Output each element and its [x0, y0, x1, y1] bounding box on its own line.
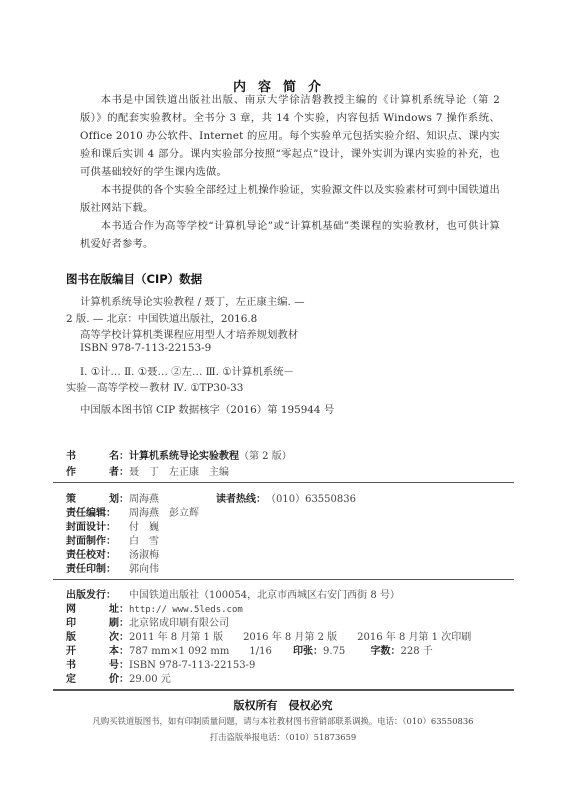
staff-cover-design-label: 封面设计： — [66, 518, 129, 533]
staff-print-supervisor-label: 责任印制： — [66, 560, 129, 575]
copyright-title: 版权所有 侵权必究 — [0, 697, 566, 713]
staff-planner-label: 策划： — [66, 490, 129, 505]
piracy-hotline: 打击盗版举报电话：（010）51873659 — [0, 731, 566, 743]
staff-planner-row: 策划： 周海燕 — [66, 490, 159, 505]
printer-label: 印刷： — [66, 614, 129, 629]
divider-2 — [53, 579, 514, 580]
cip-classification-1: Ⅰ. ①计… Ⅱ. ①聂… ②左… Ⅲ. ①计算机系统－ — [80, 363, 294, 378]
intro-paragraph-2: 本书提供的各个实验全部经过上机操作验证，实验源文件以及实验素材可到中国铁道出版社… — [80, 181, 500, 217]
cip-line-3: 高等学校计算机类课程应用型人才培养规划教材 — [80, 326, 298, 341]
cip-line-2: 2 版. — 北京：中国铁道出版社，2016.8 — [66, 310, 257, 325]
staff-cover-design-row: 封面设计：付 巍 — [66, 518, 159, 533]
price-value: 29.00 元 — [129, 674, 171, 685]
website-row: 网址： http:// www.5leds.com — [66, 600, 243, 615]
staff-print-supervisor-row: 责任印制：郭向伟 — [66, 560, 159, 575]
format-row: 开本： 787 mm×1 092 mm 1/16 印张：9.75 字数：228 … — [66, 642, 433, 657]
sheets-value: 9.75 — [323, 646, 345, 657]
staff-proofreader-label: 责任校对： — [66, 546, 129, 561]
cip-isbn: ISBN 978-7-113-22153-9 — [80, 342, 211, 354]
staff-proofreader-row: 责任校对：汤淑梅 — [66, 546, 159, 561]
word-count-label: 字数： — [370, 642, 400, 657]
divider-3 — [53, 689, 514, 691]
publisher-row: 出版发行：中国铁道出版社（100054，北京市西城区右安门西街 8 号） — [66, 586, 400, 601]
isbn-row: 书号： ISBN 978-7-113-22153-9 — [66, 656, 255, 671]
book-title-edition: （第 2 版） — [239, 451, 292, 462]
book-author-row: 作者： 聂 丁 左正康 主编 — [66, 463, 229, 478]
staff-cover-production-label: 封面制作： — [66, 532, 129, 547]
copyright-notice: 凡购买铁道版图书，如有印制质量问题，请与本社教材图书营销部联系调换。电话：（01… — [0, 715, 566, 727]
website-label: 网址： — [66, 600, 129, 615]
divider-1 — [53, 482, 514, 483]
book-author-value: 聂 丁 左正康 主编 — [129, 467, 229, 478]
printer-row: 印刷： 北京铭成印刷有限公司 — [66, 614, 229, 629]
isbn-label: 书号： — [66, 656, 129, 671]
cip-record: 中国版本图书馆 CIP 数据核字（2016）第 195944 号 — [80, 401, 334, 416]
intro-paragraph-1: 本书是中国铁道出版社出版、南京大学徐洁磐教授主编的《计算机系统导论（第 2 版）… — [80, 91, 500, 181]
cip-classification-2: 实验－高等学校－教材 Ⅳ. ①TP30-33 — [66, 379, 243, 394]
book-author-label: 作者： — [66, 463, 129, 478]
reader-hotline-value: （010）63550836 — [266, 494, 356, 505]
edition-label: 版次： — [66, 628, 129, 643]
publisher-label: 出版发行： — [66, 586, 129, 601]
reader-hotline-label: 读者热线： — [216, 490, 266, 505]
sheets-label: 印张： — [293, 642, 323, 657]
staff-print-supervisor-value: 郭向伟 — [129, 564, 159, 575]
staff-editor-label: 责任编辑： — [66, 504, 129, 519]
intro-paragraph-3: 本书适合作为高等学校“计算机导论”或“计算机基础”类课程的实验教材，也可供计算机… — [80, 217, 500, 253]
format-label: 开本： — [66, 642, 129, 657]
price-row: 定价： 29.00 元 — [66, 670, 171, 685]
edition-row: 版次： 2011 年 8 月第 1 版 2016 年 8 月第 2 版 2016… — [66, 628, 471, 643]
cip-line-1: 计算机系统导论实验教程 / 聂丁，左正康主编. — — [80, 293, 305, 308]
staff-editor-row: 责任编辑：周海燕 彭立辉 — [66, 504, 199, 519]
reader-hotline-row: 读者热线：（010）63550836 — [216, 490, 356, 505]
book-title-row: 书名： 计算机系统导论实验教程（第 2 版） — [66, 447, 292, 462]
cip-title: 图书在版编目（CIP）数据 — [66, 271, 202, 287]
price-label: 定价： — [66, 670, 129, 685]
staff-cover-production-row: 封面制作：白 雪 — [66, 532, 159, 547]
word-count-value: 228 千 — [400, 646, 432, 657]
book-title-label: 书名： — [66, 447, 129, 462]
book-title-value: 计算机系统导论实验教程 — [129, 451, 239, 462]
